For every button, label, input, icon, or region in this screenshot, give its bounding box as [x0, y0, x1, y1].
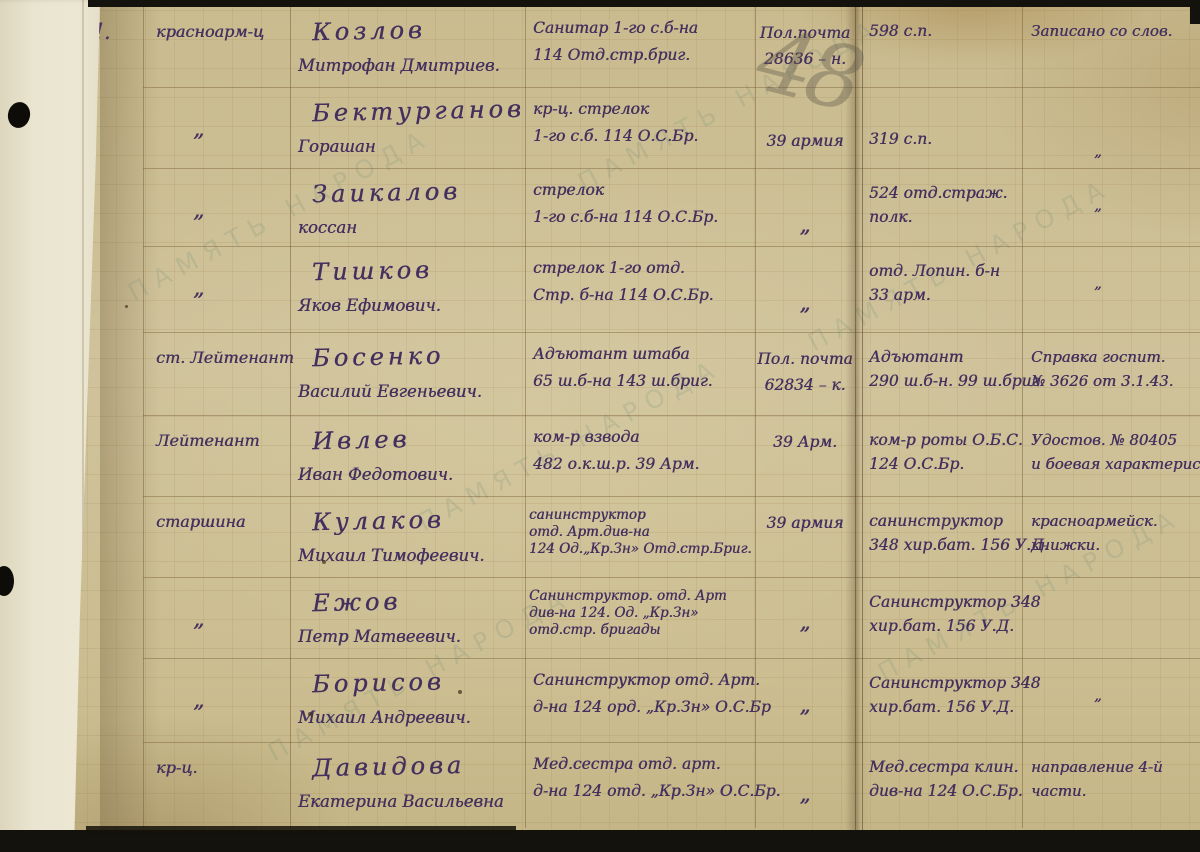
record-table: красноарм-цКозловМитрофан Дмитриев.Санит… — [143, 7, 1200, 828]
handwritten-line: Горашан — [298, 137, 525, 156]
handwritten-line: 524 отд.страж. — [869, 184, 1022, 202]
handwritten-line: „ — [193, 688, 290, 713]
handwritten-line: красноарм-ц — [156, 22, 290, 41]
handwritten-line: Бектурганов — [312, 95, 526, 127]
handwritten-line: Кулаков — [312, 504, 526, 536]
cell-field-post: „ — [755, 659, 855, 742]
cell-notes: Записано со слов. — [1022, 7, 1200, 87]
handwritten-line: Иван Федотович. — [298, 465, 525, 484]
handwritten-line: Ивлев — [312, 423, 526, 455]
handwritten-line: кр-ц. — [156, 758, 290, 777]
cell-position: санинструкторотд. Арт.див-на124 Од.„Кр.З… — [525, 497, 755, 577]
bottom-scan-border — [86, 826, 516, 834]
cell-name: ТишковЯков Ефимович. — [290, 247, 525, 332]
handwritten-line: „ — [1094, 196, 1200, 214]
cell-new-unit: Адъютант290 ш.б-н. 99 ш.бриг. — [855, 333, 1022, 415]
handwritten-line: Записано со слов. — [1031, 22, 1200, 40]
cell-name: КозловМитрофан Дмитриев. — [290, 7, 525, 87]
handwritten-line: Козлов — [312, 14, 526, 46]
handwritten-line: „ — [193, 117, 290, 142]
cell-position: стрелок 1-го отд.Стр. б-на 114 О.С.Бр. — [525, 247, 755, 332]
handwritten-line: стрелок — [533, 181, 755, 199]
handwritten-line: 114 Отд.стр.бриг. — [533, 46, 755, 64]
handwritten-line: стрелок 1-го отд. — [533, 259, 755, 277]
cell-position: Санитар 1-го с.б-на114 Отд.стр.бриг. — [525, 7, 755, 87]
table-row: „БектургановГорашанкр-ц. стрелок1-го с.б… — [143, 88, 1200, 169]
handwritten-line: части. — [1031, 782, 1200, 800]
cell-position: ком-р взвода482 о.к.ш.р. 39 Арм. — [525, 416, 755, 496]
handwritten-line: „ — [800, 610, 811, 634]
handwritten-line: ст. Лейтенант — [156, 348, 290, 367]
handwritten-line: кр-ц. стрелок — [533, 100, 755, 118]
cell-name: ЕжовПетр Матвеевич. — [290, 578, 525, 658]
cell-field-post: „ — [755, 247, 855, 332]
handwritten-line: Михаил Тимофеевич. — [298, 546, 525, 565]
handwritten-line: див-на 124. Од. „Кр.Зн» — [529, 605, 755, 621]
handwritten-line: № 3626 от 3.1.43. — [1031, 372, 1200, 390]
paper-speck — [308, 712, 312, 716]
cell-name: КулаковМихаил Тимофеевич. — [290, 497, 525, 577]
handwritten-line: Санинструктор 348 — [869, 674, 1022, 692]
table-row: старшинаКулаковМихаил Тимофеевич.санинст… — [143, 497, 1200, 578]
cell-rank: „ — [143, 169, 290, 246]
handwritten-line: Тишков — [312, 254, 526, 286]
handwritten-line: отд. Арт.див-на — [529, 524, 755, 540]
handwritten-line: Санинструктор. отд. Арт — [529, 588, 755, 604]
cell-notes: „ — [1022, 88, 1200, 168]
handwritten-line: санинструктор — [869, 512, 1022, 530]
cell-rank: старшина — [143, 497, 290, 577]
handwritten-line: „ — [800, 693, 811, 717]
handwritten-line: Мед.сестра отд. арт. — [533, 755, 755, 773]
cell-field-post: 39 Арм. — [755, 416, 855, 496]
cell-field-post: „ — [755, 578, 855, 658]
handwritten-line: 39 армия — [755, 132, 855, 150]
cell-name: БорисовМихаил Андреевич. — [290, 659, 525, 742]
handwritten-line: Пол. почта — [755, 350, 855, 368]
cell-new-unit: ком-р роты О.Б.С.124 О.С.Бр. — [855, 416, 1022, 496]
cell-name: Заикаловкоссан — [290, 169, 525, 246]
table-row: ст. ЛейтенантБосенкоВасилий Евгеньевич.А… — [143, 333, 1200, 416]
handwritten-line: полк. — [869, 208, 1022, 226]
cell-field-post: „ — [755, 169, 855, 246]
handwritten-line: Василий Евгеньевич. — [298, 382, 525, 401]
cell-rank: „ — [143, 659, 290, 742]
handwritten-line: 39 Арм. — [755, 433, 855, 451]
handwritten-line: 482 о.к.ш.р. 39 Арм. — [533, 455, 755, 473]
cell-name: БектургановГорашан — [290, 88, 525, 168]
cell-rank: ст. Лейтенант — [143, 333, 290, 415]
paper-speck — [125, 305, 128, 308]
top-scan-border — [1190, 0, 1200, 24]
handwritten-line: д-на 124 орд. „Кр.Зн» О.С.Бр — [533, 698, 755, 716]
cell-rank: „ — [143, 578, 290, 658]
handwritten-line: старшина — [156, 512, 290, 531]
cell-notes: „ — [1022, 247, 1200, 332]
handwritten-line: 124 О.С.Бр. — [869, 455, 1022, 473]
handwritten-line: Заикалов — [312, 176, 526, 208]
handwritten-line: хир.бат. 156 У.Д. — [869, 698, 1022, 716]
handwritten-line: „ — [1094, 142, 1200, 160]
table-row: „БорисовМихаил Андреевич.Санинструктор о… — [143, 659, 1200, 743]
handwritten-line: ком-р взвода — [533, 428, 755, 446]
cell-position: кр-ц. стрелок1-го с.б. 114 О.С.Бр. — [525, 88, 755, 168]
cell-position: Адъютант штаба65 ш.б-на 143 ш.бриг. — [525, 333, 755, 415]
handwritten-line: направление 4-й — [1031, 758, 1200, 776]
handwritten-line: „ — [193, 607, 290, 632]
blank-space — [855, 97, 1022, 124]
handwritten-line: Санинструктор отд. Арт. — [533, 671, 755, 689]
cell-field-post: „ — [755, 743, 855, 837]
cell-rank: „ — [143, 88, 290, 168]
handwritten-line: Борисов — [312, 666, 526, 698]
handwritten-line: и боевая характерист. — [1031, 455, 1200, 473]
cell-new-unit: 319 с.п. — [855, 88, 1022, 168]
cell-notes: направление 4-йчасти. — [1022, 743, 1200, 837]
handwritten-line: „ — [755, 213, 855, 237]
handwritten-line: 1-го с.б. 114 О.С.Бр. — [533, 127, 755, 145]
handwritten-line: 39 армия — [755, 514, 855, 532]
top-scan-border — [88, 0, 1200, 7]
cell-position: Мед.сестра отд. арт.д-на 124 отд. „Кр.Зн… — [525, 743, 755, 837]
cell-notes: Справка госпит.№ 3626 от 3.1.43. — [1022, 333, 1200, 415]
cell-new-unit: Мед.сестра клин.див-на 124 О.С.Бр. — [855, 743, 1022, 837]
handwritten-line: Адъютант штаба — [533, 345, 755, 363]
handwritten-line: ком-р роты О.Б.С. — [869, 431, 1022, 449]
handwritten-line: Мед.сестра клин. — [869, 758, 1022, 776]
handwritten-line: Санитар 1-го с.б-на — [533, 19, 755, 37]
paper-speck — [458, 690, 462, 694]
handwritten-line: 62834 – к. — [755, 376, 855, 394]
handwritten-line: „ — [193, 276, 290, 301]
handwritten-line: книжки. — [1031, 536, 1200, 554]
handwritten-line: Екатерина Васильевна — [298, 792, 525, 811]
cell-notes: „ — [1022, 659, 1200, 742]
cell-field-post: 39 армия — [755, 497, 855, 577]
cell-rank: „ — [143, 247, 290, 332]
handwritten-line: 598 с.п. — [869, 22, 1022, 40]
handwritten-line: Стр. б-на 114 О.С.Бр. — [533, 286, 755, 304]
handwritten-line: Справка госпит. — [1031, 348, 1200, 366]
handwritten-line: Петр Матвеевич. — [298, 627, 525, 646]
paper-speck — [322, 560, 326, 564]
document-page: ПАМЯТЬ НАРОДА ПАМЯТЬ НАРОДА ПАМЯТЬ НАРОД… — [0, 0, 1200, 852]
handwritten-line: Ежов — [312, 585, 526, 617]
cell-rank: красноарм-ц — [143, 7, 290, 87]
cell-field-post: Пол. почта62834 – к. — [755, 333, 855, 415]
handwritten-line: 1-го с.б-на 114 О.С.Бр. — [533, 208, 755, 226]
cell-rank: Лейтенант — [143, 416, 290, 496]
handwritten-line: коссан — [298, 218, 525, 237]
handwritten-line: 319 с.п. — [869, 130, 1022, 148]
handwritten-line: Митрофан Дмитриев. — [298, 56, 525, 75]
handwritten-line: Адъютант — [869, 348, 1022, 366]
cell-name: БосенкоВасилий Евгеньевич. — [290, 333, 525, 415]
blank-space — [755, 256, 855, 283]
handwritten-line: Санинструктор 348 — [869, 593, 1022, 611]
handwritten-line: Яков Ефимович. — [298, 296, 525, 315]
table-row: красноарм-цКозловМитрофан Дмитриев.Санит… — [143, 7, 1200, 88]
handwritten-line: 65 ш.б-на 143 ш.бриг. — [533, 372, 755, 390]
handwritten-line: „ — [1094, 274, 1200, 292]
handwritten-line: „ — [800, 782, 811, 806]
cell-rank: кр-ц. — [143, 743, 290, 837]
handwritten-line: 33 арм. — [869, 286, 1022, 304]
cell-new-unit: санинструктор348 хир.бат. 156 У.Д. — [855, 497, 1022, 577]
cell-new-unit: 524 отд.страж.полк. — [855, 169, 1022, 246]
cell-position: Санинструктор. отд. Артдив-на 124. Од. „… — [525, 578, 755, 658]
table-row: „Заикаловкоссанстрелок1-го с.б-на 114 О.… — [143, 169, 1200, 247]
cell-position: Санинструктор отд. Арт.д-на 124 орд. „Кр… — [525, 659, 755, 742]
handwritten-line: санинструктор — [529, 507, 755, 523]
cell-notes — [1022, 578, 1200, 658]
table-row: ЛейтенантИвлевИван Федотович.ком-р взвод… — [143, 416, 1200, 497]
table-row: кр-ц.ДавидоваЕкатерина ВасильевнаМед.сес… — [143, 743, 1200, 838]
handwritten-line: 124 Од.„Кр.Зн» Отд.стр.Бриг. — [529, 541, 755, 557]
handwritten-line: хир.бат. 156 У.Д. — [869, 617, 1022, 635]
cell-notes: „ — [1022, 169, 1200, 246]
handwritten-line: 348 хир.бат. 156 У.Д. — [869, 536, 1022, 554]
cell-notes: красноармейск.книжки. — [1022, 497, 1200, 577]
handwritten-line: красноармейск. — [1031, 512, 1200, 530]
handwritten-line: Босенко — [312, 340, 526, 372]
page-fold-gutter — [845, 7, 871, 830]
cell-position: стрелок1-го с.б-на 114 О.С.Бр. — [525, 169, 755, 246]
handwritten-line: д-на 124 отд. „Кр.Зн» О.С.Бр. — [533, 782, 755, 800]
cell-notes: Удостов. № 80405и боевая характерист. — [1022, 416, 1200, 496]
handwritten-line: Лейтенант — [156, 431, 290, 450]
cell-new-unit: Санинструктор 348хир.бат. 156 У.Д. — [855, 578, 1022, 658]
blank-space — [1022, 97, 1200, 124]
handwritten-line: „ — [193, 198, 290, 223]
handwritten-line: отд.стр. бригады — [529, 622, 755, 638]
cell-name: ИвлевИван Федотович. — [290, 416, 525, 496]
handwritten-line: див-на 124 О.С.Бр. — [869, 782, 1022, 800]
handwritten-line: 290 ш.б-н. 99 ш.бриг. — [869, 372, 1022, 390]
handwritten-line: „ — [1094, 686, 1200, 704]
cell-new-unit: 598 с.п. — [855, 7, 1022, 87]
cell-name: ДавидоваЕкатерина Васильевна — [290, 743, 525, 837]
table-row: „ЕжовПетр Матвеевич.Санинструктор. отд. … — [143, 578, 1200, 659]
handwritten-line: Удостов. № 80405 — [1031, 431, 1200, 449]
handwritten-line: Давидова — [312, 750, 526, 782]
handwritten-line: отд. Лопин. б-н — [869, 262, 1022, 280]
table-row: „ТишковЯков Ефимович.стрелок 1-го отд.Ст… — [143, 247, 1200, 333]
cell-new-unit: Санинструктор 348хир.бат. 156 У.Д. — [855, 659, 1022, 742]
handwritten-line: Михаил Андреевич. — [298, 708, 525, 727]
cell-new-unit: отд. Лопин. б-н33 арм. — [855, 247, 1022, 332]
blank-space — [755, 178, 855, 205]
handwritten-line: „ — [755, 291, 855, 315]
